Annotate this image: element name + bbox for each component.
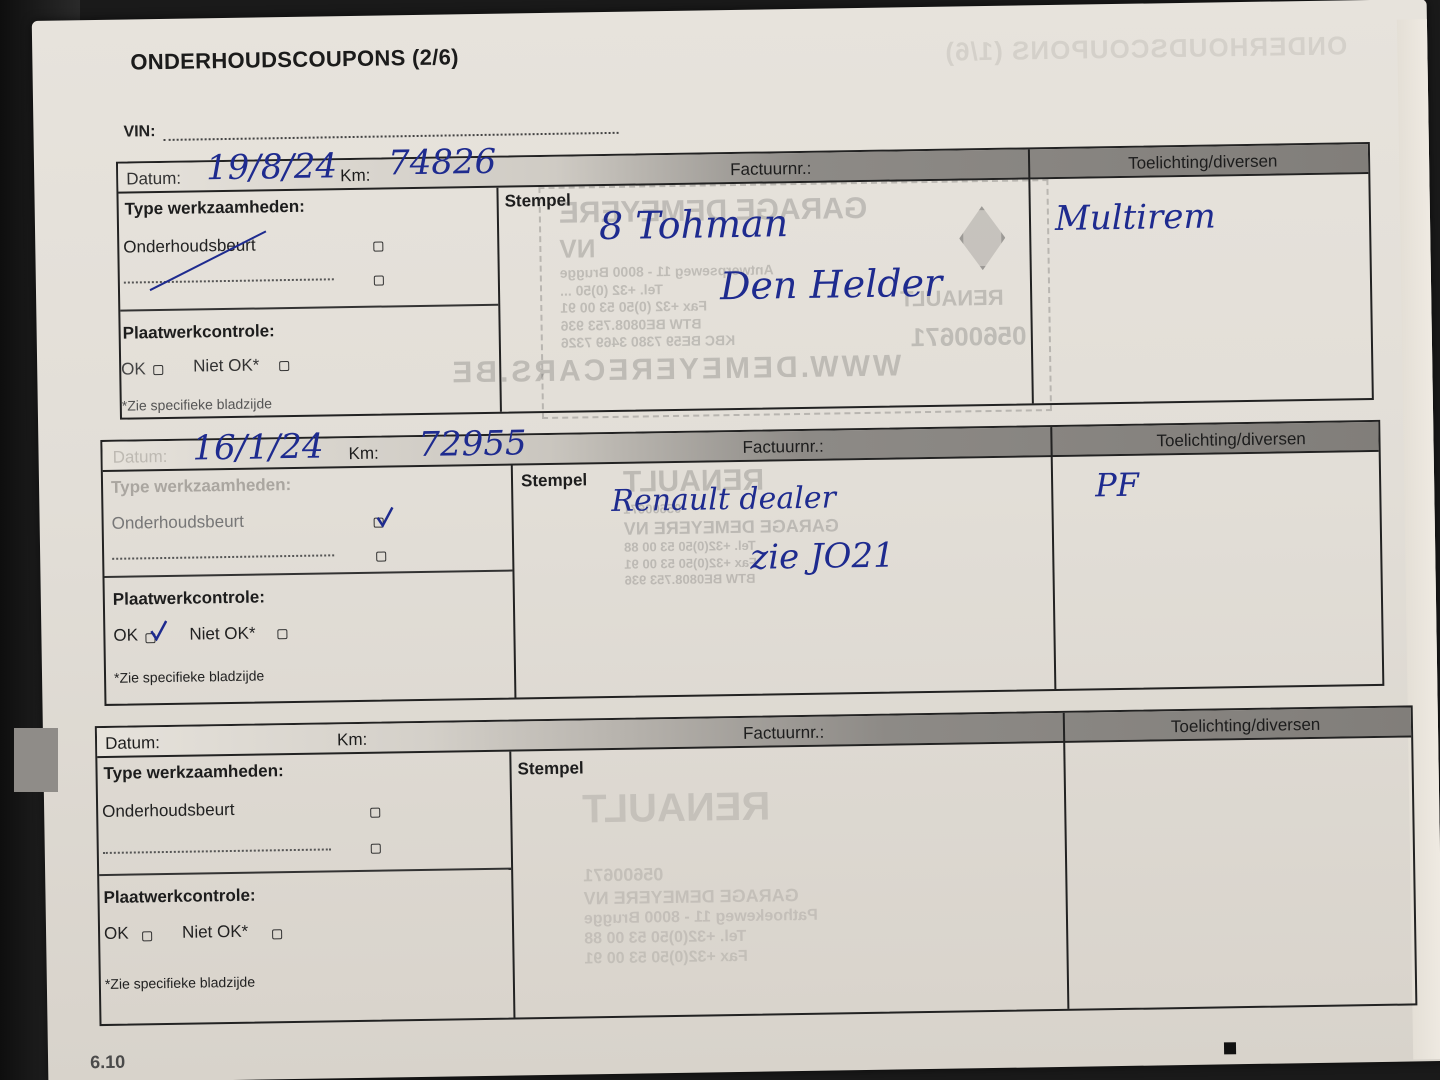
km-label: Km: xyxy=(348,444,379,464)
ok-label: OK xyxy=(104,924,129,944)
plaatwerk-section: Plaatwerkcontrole: OK Niet OK* *Zie spec… xyxy=(99,870,513,1024)
section-tab xyxy=(14,728,58,792)
checkmark-icon xyxy=(149,619,167,641)
onderhoudsbeurt-checkbox[interactable] xyxy=(370,808,380,818)
stempel-handwritten-line-2[interactable]: Den Helder xyxy=(720,261,943,308)
ok-checkbox[interactable] xyxy=(142,931,152,941)
stempel-handwritten-line-1[interactable]: Renault dealer xyxy=(611,480,836,519)
coupon-1: Datum: 19/8/24 Km: 74826 Factuurnr.: Toe… xyxy=(116,142,1374,420)
coupon-3: Datum: Km: Factuurnr.: Toelichting/diver… xyxy=(95,705,1418,1026)
toelichting-label: Toelichting/diversen xyxy=(1128,151,1278,173)
datum-label: Datum: xyxy=(126,169,181,190)
footnote: *Zie specifieke bladzijde xyxy=(122,395,272,413)
onderhoudsbeurt-label: Onderhoudsbeurt xyxy=(111,512,244,534)
page-marker-square xyxy=(1224,1042,1236,1054)
ok-label: OK xyxy=(113,625,138,645)
vin-label: VIN: xyxy=(123,123,155,142)
toelichting-column: PF xyxy=(1053,452,1383,689)
page-title: ONDERHOUDSCOUPONS (2/6) xyxy=(130,44,459,75)
footnote: *Zie specifieke bladzijde xyxy=(105,974,255,992)
stempel-handwritten-line-1[interactable]: 8 Tohman xyxy=(599,201,789,248)
booklet-page: ONDERHOUDSCOUPONS (1/6) ONDERHOUDSCOUPON… xyxy=(32,0,1440,1080)
plaatwerkcontrole-label: Plaatwerkcontrole: xyxy=(123,321,275,343)
other-work-checkbox[interactable] xyxy=(374,276,384,286)
stempel-label: Stempel xyxy=(521,470,587,491)
other-work-dotted-line xyxy=(112,554,334,559)
km-value[interactable]: 72955 xyxy=(418,423,527,465)
niet-ok-label: Niet OK* xyxy=(193,355,259,376)
page-number: 6.10 xyxy=(90,1052,125,1074)
vin-field[interactable]: VIN: xyxy=(123,116,618,142)
other-work-dotted-line xyxy=(103,848,331,854)
km-label: Km: xyxy=(337,730,368,750)
work-type-section: Type werkzaamheden: Onderhoudsbeurt xyxy=(118,188,498,312)
km-value[interactable]: 74826 xyxy=(388,142,497,184)
niet-ok-checkbox[interactable] xyxy=(279,361,289,371)
niet-ok-label: Niet OK* xyxy=(182,922,248,943)
datum-label: Datum: xyxy=(112,447,167,468)
factuurnr-label: Factuurnr.: xyxy=(743,723,825,744)
toelichting-value[interactable]: PF xyxy=(1095,466,1139,505)
ghost-title-bleedthrough: ONDERHOUDSCOUPONS (1/6) xyxy=(944,30,1347,67)
toelichting-label: Toelichting/diversen xyxy=(1171,715,1321,737)
plaatwerkcontrole-label: Plaatwerkcontrole: xyxy=(113,587,265,609)
type-werkzaamheden-label: Type werkzaamheden: xyxy=(103,761,283,784)
type-werkzaamheden-label: Type werkzaamheden: xyxy=(111,475,291,498)
factuurnr-label: Factuurnr.: xyxy=(742,437,824,458)
coupon-2: Datum: 16/1/24 Km: 72955 Factuurnr.: Toe… xyxy=(100,420,1384,706)
niet-ok-checkbox[interactable] xyxy=(272,929,282,939)
work-type-column: Type werkzaamheden: Onderhoudsbeurt Plaa… xyxy=(118,188,501,418)
plaatwerk-section: Plaatwerkcontrole: OK Niet OK* *Zie spec… xyxy=(105,572,515,704)
other-work-checkbox[interactable] xyxy=(371,844,381,854)
factuurnr-label: Factuurnr.: xyxy=(730,159,812,180)
datum-value[interactable]: 16/1/24 xyxy=(192,426,324,468)
checkmark-icon xyxy=(375,505,393,527)
stamp-code: 05600671 xyxy=(911,319,1051,354)
toelichting-column: Multirem xyxy=(1030,174,1371,403)
toelichting-label: Toelichting/diversen xyxy=(1156,429,1306,451)
stempel-handwritten-line-2[interactable]: zie JO21 xyxy=(750,536,895,578)
stempel-column: Stempel GARAGE DEMEYERE NV Antwerpseweg … xyxy=(498,179,1031,411)
stempel-label: Stempel xyxy=(517,758,583,779)
datum-label: Datum: xyxy=(105,733,160,754)
plaatwerkcontrole-label: Plaatwerkcontrole: xyxy=(103,886,255,908)
onderhoudsbeurt-checkbox[interactable] xyxy=(373,242,383,252)
ok-label: OK xyxy=(121,359,146,379)
work-type-column: Type werkzaamheden: Onderhoudsbeurt Plaa… xyxy=(103,466,517,704)
toelichting-column xyxy=(1065,737,1415,1008)
plaatwerk-section: Plaatwerkcontrole: OK Niet OK* *Zie spec… xyxy=(120,306,500,418)
work-type-section: Type werkzaamheden: Onderhoudsbeurt xyxy=(97,752,511,876)
niet-ok-label: Niet OK* xyxy=(189,624,255,645)
datum-value[interactable]: 19/8/24 xyxy=(206,146,338,188)
other-work-checkbox[interactable] xyxy=(376,552,386,562)
km-label: Km: xyxy=(340,166,371,186)
stempel-column: Stempel RENAULT 05600671 GARAGE DEMEYERE… xyxy=(513,457,1055,697)
stamp-line: WWW.DEMEYERECARS.BE xyxy=(561,347,902,390)
stamp-bleedthrough: RENAULT 05600671 GARAGE DEMEYERE NV Path… xyxy=(582,779,925,969)
footnote: *Zie specifieke bladzijde xyxy=(114,667,264,685)
ok-checkbox[interactable] xyxy=(153,365,163,375)
toelichting-value[interactable]: Multirem xyxy=(1055,196,1216,239)
onderhoudsbeurt-label: Onderhoudsbeurt xyxy=(102,800,235,822)
stempel-column: Stempel RENAULT 05600671 GARAGE DEMEYERE… xyxy=(511,743,1067,1018)
work-type-column: Type werkzaamheden: Onderhoudsbeurt Plaa… xyxy=(97,752,515,1024)
type-werkzaamheden-label: Type werkzaamheden: xyxy=(125,197,305,220)
work-type-section: Type werkzaamheden: Onderhoudsbeurt xyxy=(103,466,513,578)
vin-dotted-line xyxy=(163,122,618,141)
niet-ok-checkbox[interactable] xyxy=(277,629,287,639)
other-work-dotted-line xyxy=(124,278,334,283)
